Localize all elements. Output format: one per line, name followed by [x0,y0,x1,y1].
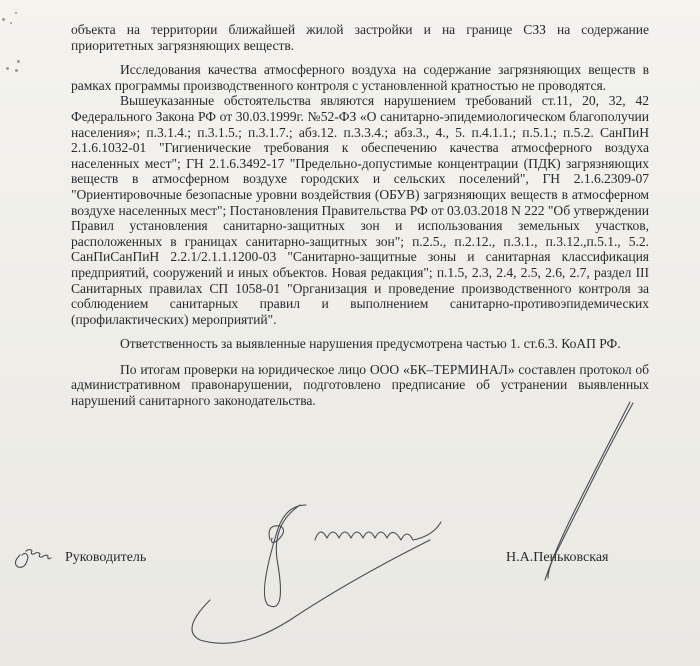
handwritten-signature [0,0,700,666]
signatory-role: Руководитель [65,550,146,566]
signatory-name: Н.А.Пеньковская [506,550,609,566]
document-page: объекта на территории ближайшей жилой за… [0,0,700,666]
